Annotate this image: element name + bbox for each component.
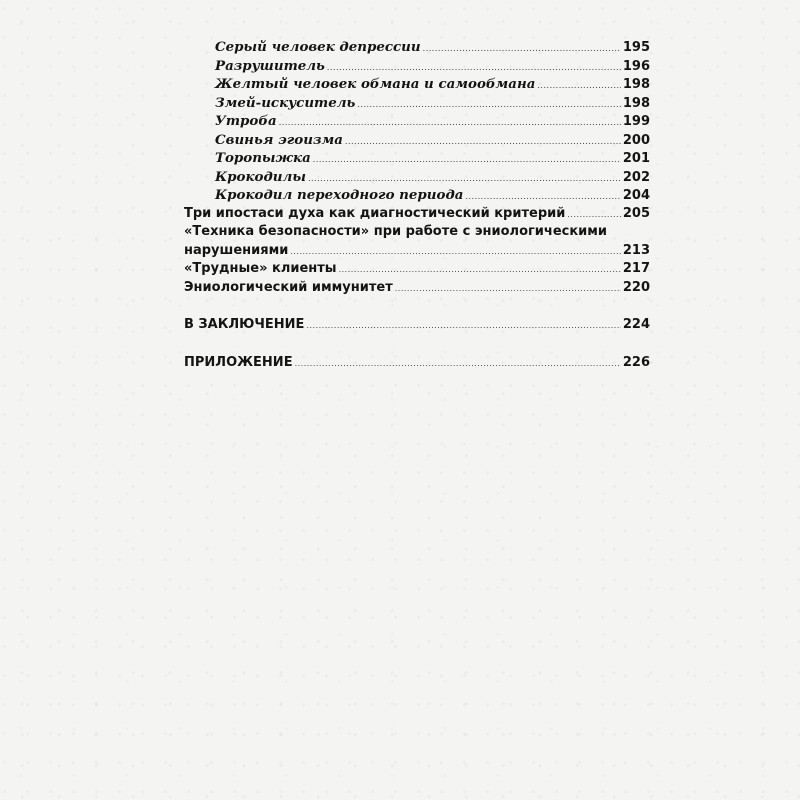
toc-subentry-title: Крокодил переходного периода xyxy=(215,186,463,205)
toc-page-number: 224 xyxy=(623,316,650,335)
dot-leader xyxy=(339,261,621,280)
toc-page-number: 205 xyxy=(623,205,650,224)
toc-page-number: 217 xyxy=(623,260,650,279)
book-page: Серый человек депрессии 195 Разрушитель … xyxy=(0,0,800,800)
dot-leader xyxy=(395,280,621,299)
toc-page-number: 199 xyxy=(623,113,650,132)
dot-leader xyxy=(313,151,621,170)
toc-subentry: Разрушитель 196 xyxy=(184,57,650,76)
toc-subentry: Желтый человек обмана и самообмана 198 xyxy=(184,75,650,94)
toc-subentry-title: Разрушитель xyxy=(215,57,325,76)
toc-page-number: 198 xyxy=(623,76,650,95)
dot-leader xyxy=(567,206,621,225)
toc-subentry-title: Желтый человек обмана и самообмана xyxy=(215,75,535,94)
toc-entry-title-continued: нарушениями xyxy=(184,242,288,261)
toc-subentry: Змей-искуситель 198 xyxy=(184,94,650,113)
toc-page-number: 195 xyxy=(623,39,650,58)
toc-page-number: 200 xyxy=(623,132,650,151)
toc-section: В ЗАКЛЮЧЕНИЕ 224 xyxy=(184,316,650,335)
toc-entry: «Трудные» клиенты 217 xyxy=(184,260,650,279)
toc-subentry-title: Торопыжка xyxy=(215,149,311,168)
toc-page-number: 201 xyxy=(623,150,650,169)
table-of-contents: Серый человек депрессии 195 Разрушитель … xyxy=(184,38,650,372)
dot-leader xyxy=(290,243,621,262)
toc-section-title: ПРИЛОЖЕНИЕ xyxy=(184,354,293,373)
toc-page-number: 196 xyxy=(623,58,650,77)
toc-page-number: 204 xyxy=(623,187,650,206)
toc-subentry: Свинья эгоизма 200 xyxy=(184,131,650,150)
toc-subentry: Серый человек депрессии 195 xyxy=(184,38,650,57)
toc-subentry-title: Змей-искуситель xyxy=(215,94,355,113)
toc-subentry-title: Крокодилы xyxy=(215,168,306,187)
toc-subentry: Крокодилы 202 xyxy=(184,168,650,187)
toc-subentry: Крокодил переходного периода 204 xyxy=(184,186,650,205)
toc-page-number: 226 xyxy=(623,354,650,373)
toc-entry: нарушениями 213 xyxy=(184,242,650,261)
dot-leader xyxy=(423,40,621,59)
dot-leader xyxy=(345,133,621,152)
toc-entry-line1: «Техника безопасности» при работе с энио… xyxy=(184,223,650,242)
dot-leader xyxy=(306,317,620,336)
toc-entry-title: «Техника безопасности» при работе с энио… xyxy=(184,223,607,242)
toc-page-number: 202 xyxy=(623,169,650,188)
toc-subentry-title: Свинья эгоизма xyxy=(215,131,343,150)
dot-leader xyxy=(357,96,620,115)
toc-section: ПРИЛОЖЕНИЕ 226 xyxy=(184,354,650,373)
toc-subentry: Торопыжка 201 xyxy=(184,149,650,168)
toc-subentry: Утроба 199 xyxy=(184,112,650,131)
toc-subentry-title: Утроба xyxy=(215,112,277,131)
toc-section-title: В ЗАКЛЮЧЕНИЕ xyxy=(184,316,304,335)
toc-entry-title: Три ипостаси духа как диагностический кр… xyxy=(184,205,565,224)
toc-entry: Эниологический иммунитет 220 xyxy=(184,279,650,298)
dot-leader xyxy=(295,355,621,374)
toc-entry: Три ипостаси духа как диагностический кр… xyxy=(184,205,650,224)
toc-page-number: 220 xyxy=(623,279,650,298)
toc-entry-title: Эниологический иммунитет xyxy=(184,279,393,298)
toc-page-number: 198 xyxy=(623,95,650,114)
toc-entry-title: «Трудные» клиенты xyxy=(184,260,337,279)
dot-leader xyxy=(537,77,620,96)
toc-subentry-title: Серый человек депрессии xyxy=(215,38,421,57)
toc-page-number: 213 xyxy=(623,242,650,261)
